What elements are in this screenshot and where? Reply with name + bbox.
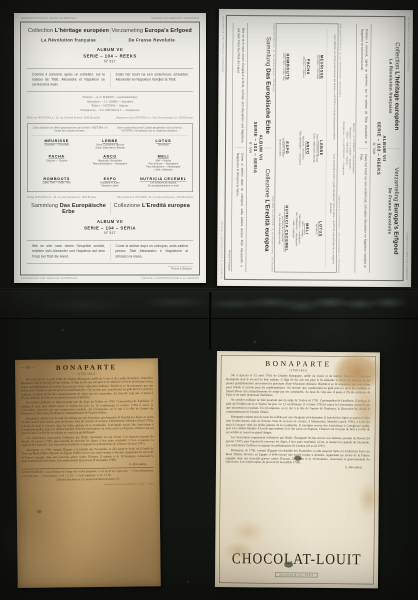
sponsor-products: Cafés, Thés — Koffie, Thee — [32, 182, 82, 185]
sponsor-item: ANCO Macaronis, Vermicelles Pâtes alimen… — [85, 154, 135, 172]
collection-de-name: Das Europäische Erbe — [60, 202, 106, 214]
sponsors-grid: MEURISSE Chocolats — Chocolade LEBBE Gum… — [32, 138, 189, 188]
collection-it: Collezione L'Eredità europea — [110, 202, 193, 214]
notice-nl: NADRUK EN VERKOOP VERBODEN — [151, 17, 199, 20]
brand-wordmark: CHOCOLAT-LOUIT — [225, 550, 369, 569]
biography-paragraph: Les Autrichiens reprenaient l'offensive … — [21, 435, 153, 448]
theme-nl: De Franse Revolutie — [387, 149, 393, 274]
sponsor-products: Speculoos — [315, 190, 319, 268]
notice-it: VIETATE LA RIPRODUZIONE E LA VENDITA — [141, 277, 199, 280]
sponsor-name: MELI — [138, 154, 188, 159]
card-dates: (1769-1821) — [226, 369, 370, 373]
sponsor-name: PACHA — [32, 154, 82, 159]
description-nl: Zoals het hoort na een onderhoud, schudd… — [110, 72, 193, 87]
sponsor-products: Gums, Confiseries, Biscuits Gums, Suiker… — [312, 109, 319, 187]
sponsor-name: LEBBE — [85, 138, 135, 143]
theme-fr: La Révolution française — [388, 24, 394, 149]
sponsor-name: LOTUS — [318, 190, 323, 268]
credits-list: Historien — G.-H. DUMONT — Geschiedschri… — [27, 96, 193, 113]
author-signature: G. Ducoudray. — [225, 465, 362, 469]
collection-nl: Verzameling Europa's Erfgoed — [393, 149, 401, 274]
sponsors-header: Cette collection est offerte gracieuseme… — [325, 28, 336, 268]
publisher-fr: Édité par HISTORIA s.a., 16, rue Général… — [339, 24, 342, 97]
collection-fr: Collection L'héritage européen — [393, 24, 401, 149]
description-it: Come si addice dopo un colloquio, sulla … — [110, 244, 193, 259]
notice-de: NACHDRUCK UND VERKAUF UNTERSAGT — [221, 16, 224, 73]
sponsor-products: Speculoos — [138, 144, 188, 147]
collection-de-prefix: Sammlung — [265, 37, 272, 67]
sponsor-item: EXPO Moutarde en tubes Mosterd in tubes — [85, 176, 135, 187]
sponsor-products: Chocolats — Chocolade — [32, 144, 82, 147]
sponsor-item: MELI Miel — Honing Pain d'épices — Honin… — [291, 190, 309, 268]
album-block: ALBUM VII SERIE – 103 – REEKS N° 508 — [370, 24, 388, 273]
collection-de: Sammlung Das Europäische Erbe — [27, 202, 110, 214]
description-band: Comme il convient, après un entretien, s… — [27, 68, 193, 91]
sponsor-products: Chicorée — Cichorei — [32, 159, 82, 162]
description-band: Comme il convient, après un entretien, s… — [355, 24, 371, 273]
biography-paragraph: Les Autrichiens reprenaient l'offensive … — [226, 436, 370, 449]
card-louit-cream: BONAPARTE (1769-1821) Né à Ajaccio le 15… — [217, 351, 380, 587]
collection-it-prefix: Collezione — [264, 169, 271, 198]
sponsor-products: Chocolats — Chocolade — [316, 28, 320, 106]
edge-notices-bottom: NACHDRUCK UND VERKAUF UNTERSAGT VIETATE … — [21, 277, 199, 280]
card-frame: BONAPARTE (1769-1821) Né à Ajaccio le 15… — [219, 355, 376, 584]
notice-nl: NADRUK EN VERKOOP VERBODEN — [405, 232, 408, 280]
publisher-nl: Uitgegeven door HISTORIA n.v., Gen. Eene… — [116, 117, 193, 120]
publisher-fr: Édité par HISTORIA s.a., 16, rue Général… — [27, 117, 100, 120]
sponsor-item: MEURISSE Chocolats — Chocolade — [313, 28, 325, 106]
card-number: N° 517 — [27, 59, 193, 64]
sponsor-products: Miel — Honing Pain d'épices — Honingkoek… — [138, 159, 188, 171]
album-block-de-it: ALBUM VII SERIE – 103 – SERIA N° 508 — [247, 23, 265, 272]
collection-it-name: L'Eredità europea — [142, 202, 190, 208]
biography-paragraph: Bonaparte, en 1798, conquit l'Égypte à l… — [22, 447, 154, 463]
sponsor-name: NUTRICIA CECEMEL — [138, 176, 188, 181]
publisher-it: Edito dalla S.A. HISTORIA, 16, rue Génér… — [117, 196, 193, 199]
publisher-de: Verlag HISTORIA A.G., 16, rue Général Ee… — [272, 23, 275, 92]
notice-it: VIETATE LA RIPRODUZIONE E LA VENDITA — [220, 221, 223, 279]
publisher-nl: Uitgegeven door HISTORIA n.v., Gen. Eene… — [338, 196, 341, 273]
sponsors-box: Cette collection est offerte gracieuseme… — [27, 123, 193, 191]
biography-paragraph: Bonaparte, en 1798, conquit l'Égypte à l… — [226, 448, 370, 465]
publisher-line-fr-nl: Édité par HISTORIA s.a., 16, rue Général… — [27, 117, 193, 120]
sponsor-item: LOTUS Speculoos — [138, 138, 188, 149]
sponsors-box: Cette collection est offerte gracieuseme… — [274, 23, 338, 272]
sponsor-products: Moutarde en tubes Mosterd in tubes — [85, 182, 135, 188]
collection-fr-name: L'héritage européen — [55, 28, 109, 34]
sponsor-item: LEBBE Gums, Confiseries, Biscuits Gums, … — [312, 109, 324, 187]
sponsors-header-fr: Cette collection est offerte gracieuseme… — [329, 29, 336, 146]
theme-fr: La Révolution française — [27, 38, 110, 43]
publisher-it: Edito dalla S.A. HISTORIA, 16, rue Génér… — [271, 196, 274, 272]
page-number: — 78 — — [21, 365, 35, 370]
collection-nl-name: Europa's Erfgoed — [145, 28, 192, 34]
collection-it-name: L'Eredità europea — [264, 199, 271, 251]
louit-card-back-dark: — 78 — BONAPARTE (1769-1821) Né à Ajacci… — [15, 358, 161, 588]
sponsor-name: NUTRICIA CECEMEL — [284, 190, 289, 268]
sponsor-products: Les boissons au chocolat De chocoladedra… — [138, 182, 188, 188]
description-band-de-it: Wie es sich nach einem Gespräch schickt,… — [231, 23, 247, 272]
card-header: — 78 — BONAPARTE (1769-1821) — [21, 363, 153, 376]
credits-list: Historien — G.-H. DUMONT — Geschiedschri… — [341, 24, 356, 273]
description-it: Come si addice dopo un colloquio, sulla … — [234, 147, 244, 272]
edge-notices-top: REPRODUCTION ET VENTE INTERDITES NADRUK … — [405, 17, 410, 280]
description-band-de-it: Wie es sich nach einem Gespräch schickt,… — [27, 240, 193, 263]
publisher-line-de-it: Verlag HISTORIA A.G., 16, rue Général Ee… — [27, 196, 193, 199]
sponsor-item: ROMBOUTS Cafés, Thés — Koffie, Thee — [279, 28, 291, 106]
sponsor-item: EXPO Moutarde en tubes Mosterd in tubes — [278, 109, 290, 187]
collection-header-de-it: Sammlung Das Europäische Erbe Collezione… — [27, 202, 193, 214]
sponsor-item: NUTRICIA CECEMEL Les boissons au chocola… — [138, 176, 188, 187]
sponsor-products: Moutarde en tubes Mosterd in tubes — [278, 109, 285, 187]
collection-nl: Verzameling Europa's Erfgoed — [110, 28, 193, 34]
collection-fr: Collection L'héritage européen — [27, 28, 110, 34]
sponsor-item: NUTRICIA CECEMEL Les boissons au chocola… — [277, 190, 289, 268]
collection-header-fr-nl: Collection L'héritage européen Verzameli… — [27, 28, 193, 34]
publisher-ad: G. DUCOUDRAY, Cours d'histoire à l'usage… — [22, 469, 154, 482]
pocket-seam-center — [209, 292, 212, 350]
edge-notices-top: REPRODUCTION ET VENTE INTERDITES NADRUK … — [21, 17, 199, 20]
sponsor-products: Macaronis, Vermicelles Pâtes alimentaire… — [298, 109, 305, 187]
album-block-de-it: ALBUM VII SERIE – 104 – SERIA N° 517 — [27, 218, 193, 236]
sponsor-name: ANCO — [85, 154, 135, 159]
publisher-de: Verlag HISTORIA A.G., 16, rue Général Ee… — [27, 196, 96, 199]
sponsor-products: Chicorée — Cichorei — [302, 28, 306, 106]
notice-fr: REPRODUCTION ET VENTE INTERDITES — [21, 17, 76, 20]
sponsor-item: MEURISSE Chocolats — Chocolade — [32, 138, 82, 149]
biography-paragraph: Sa carrière militaire ne date pourtant q… — [226, 398, 370, 415]
sponsor-name: PACHA — [306, 28, 311, 106]
description-de: Wie es sich nach einem Gespräch schickt,… — [235, 23, 245, 148]
collection-it: Collezione L'Eredità europea — [263, 148, 271, 273]
sponsor-item: ROMBOUTS Cafés, Thés — Koffie, Thee — [32, 176, 82, 187]
biography-paragraph: Né à Ajaccio le 15 août 1769, de Charles… — [226, 374, 370, 399]
sponsor-name: MEURISSE — [32, 138, 82, 143]
credit-line: Photogravure — S.A. HISTORIA N.V. — Foto… — [27, 108, 193, 112]
sponsors-header-nl: Deze verzameling wordt U gratis aangebod… — [113, 127, 188, 133]
biography-text: Né à Ajaccio le 15 août 1769, de Charles… — [226, 374, 371, 467]
sponsor-name: ROMBOUTS — [32, 176, 82, 181]
biography-paragraph: Sa carrière militaire ne date pourtant q… — [21, 400, 153, 416]
sponsor-item: PACHA Chicorée — Cichorei — [292, 28, 310, 106]
louit-card-back-cream: BONAPARTE (1769-1821) Né à Ajaccio le 15… — [215, 351, 380, 588]
sponsor-products: Gums, Confiseries, Biscuits Gums, Suiker… — [85, 144, 135, 150]
collection-de-prefix: Sammlung — [31, 202, 58, 208]
printed-in-belgium: Printed in Belgium — [27, 267, 193, 270]
sponsor-item: MELI Miel — Honing Pain d'épices — Honin… — [138, 154, 188, 172]
sponsor-name: ROMBOUTS — [285, 28, 290, 106]
sponsor-name: EXPO — [85, 176, 135, 181]
sponsor-products: Miel — Honing Pain d'épices — Honingkoek… — [291, 190, 304, 268]
sponsors-header-fr: Cette collection est offerte gracieuseme… — [33, 127, 108, 133]
biography-paragraph: Bonaparte ranima tout de suite les solda… — [21, 416, 153, 436]
card-historia-upright: REPRODUCTION ET VENTE INTERDITES NADRUK … — [14, 13, 206, 283]
album-block: ALBUM VII SERIE – 104 – REEKS N° 517 — [27, 47, 193, 65]
collection-nl-prefix: Verzameling — [393, 167, 400, 201]
album-page-photo: REPRODUCTION ET VENTE INTERDITES NADRUK … — [0, 0, 418, 600]
pocket-seam-top — [0, 288, 418, 289]
card-number-2: N° 517 — [27, 231, 193, 236]
card-header: BONAPARTE (1769-1821) — [226, 360, 370, 373]
sponsor-products: Macaronis, Vermicelles Pâtes alimentaire… — [85, 159, 135, 165]
sponsors-header: Cette collection est offerte gracieuseme… — [32, 126, 189, 135]
sponsors-header-nl: Deze verzameling wordt U gratis aangebod… — [328, 151, 335, 268]
description-fr: Comme il convient, après un entretien, s… — [27, 72, 110, 87]
sponsor-item: LOTUS Speculoos — [311, 190, 323, 268]
historia-card-back: REPRODUCTION ET VENTE INTERDITES NADRUK … — [14, 13, 206, 283]
sponsor-name: LOTUS — [138, 138, 188, 143]
sponsor-name: ANCO — [305, 109, 310, 187]
card-frame: Collection L'héritage européen Verzameli… — [224, 15, 405, 281]
sponsor-name: LEBBE — [319, 109, 324, 187]
description-de: Wie es sich nach einem Gespräch schickt,… — [27, 244, 110, 259]
theme-row: La Révolution française De Franse Revolu… — [27, 38, 193, 43]
description-fr: Comme il convient, après un entretien, s… — [359, 24, 369, 149]
notice-fr: REPRODUCTION ET VENTE INTERDITES — [407, 17, 410, 72]
collection-fr-prefix: Collection — [394, 42, 401, 69]
brand-imprint-box: MAGNIER & Cie, PARIS — [225, 569, 369, 579]
printer-imprint: Imprimeries réunies, rue Mignon, 2, Pari… — [22, 482, 154, 486]
sponsor-products: Cafés, Thés — Koffie, Thee — [282, 28, 286, 106]
sponsor-item: LEBBE Gums, Confiseries, Biscuits Gums, … — [85, 138, 135, 149]
sponsor-item: PACHA Chicorée — Cichorei — [32, 154, 82, 172]
sponsors-grid: MEURISSE Chocolats — Chocolade LEBBE Gum… — [277, 28, 324, 268]
theme-nl: De Franse Revolutie — [110, 38, 193, 43]
collection-fr-prefix: Collection — [28, 28, 53, 34]
historia-card-back-rotated: REPRODUCTION ET VENTE INTERDITES NADRUK … — [217, 9, 413, 287]
notice-de: NACHDRUCK UND VERKAUF UNTERSAGT — [21, 277, 78, 280]
card-louit-dark: — 78 — BONAPARTE (1769-1821) Né à Ajacci… — [15, 360, 158, 588]
collection-it-prefix: Collezione — [114, 202, 141, 208]
sponsor-name: MEURISSE — [320, 28, 325, 106]
sponsor-item: ANCO Macaronis, Vermicelles Pâtes alimen… — [292, 109, 310, 187]
sponsor-name: EXPO — [285, 109, 290, 187]
biography-paragraph: Bonaparte ranima tout de suite les solda… — [226, 415, 370, 436]
collection-nl-prefix: Verzameling — [112, 28, 143, 34]
stain-speck — [37, 510, 42, 514]
biography-paragraph: Né à Ajaccio le 15 août 1769, de Charles… — [21, 377, 153, 401]
card-frame: Collection L'héritage européen Verzameli… — [20, 22, 200, 276]
sponsor-name: MELI — [304, 190, 309, 268]
collection-nl-name: Europa's Erfgoed — [393, 203, 400, 254]
collection-de: Sammlung Das Europäische Erbe — [264, 23, 272, 148]
collection-de-name: Das Europäische Erbe — [264, 68, 271, 134]
card-dates: (1769-1821) — [21, 372, 153, 377]
biography-text: Né à Ajaccio le 15 août 1769, de Charles… — [21, 377, 154, 464]
description-nl: Zoals het hoort na een onderhoud, schudd… — [358, 148, 368, 273]
card-historia-rotated: REPRODUCTION ET VENTE INTERDITES NADRUK … — [218, 9, 412, 286]
collection-fr-name: L'héritage européen — [394, 71, 401, 130]
collection-header-fr-nl: Collection L'héritage européen Verzameli… — [393, 24, 402, 273]
sponsor-products: Les boissons au chocolat De chocoladedra… — [277, 190, 284, 268]
